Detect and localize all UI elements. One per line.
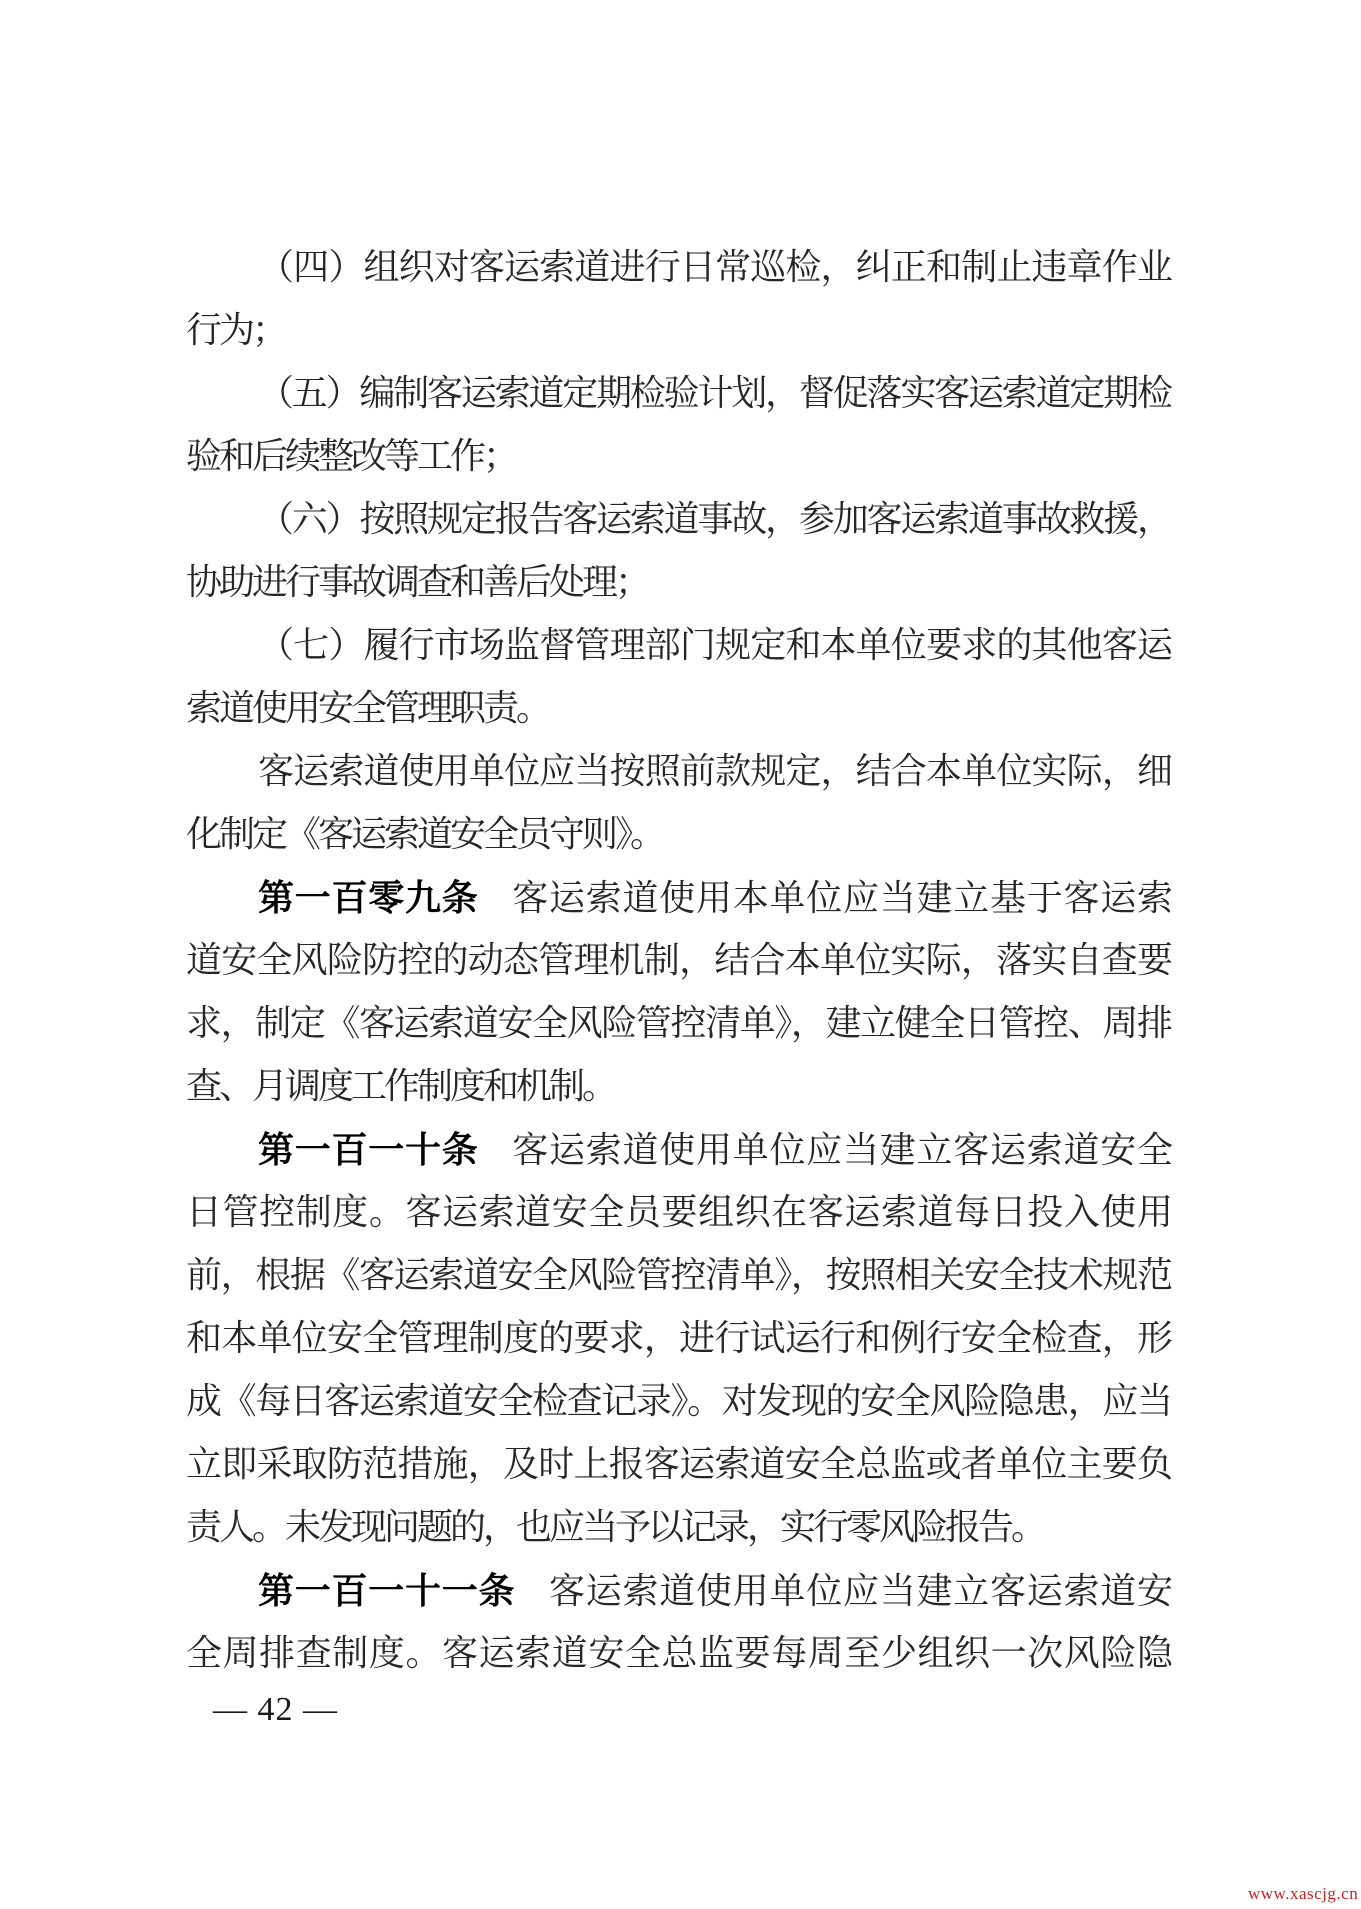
text-line: 客运索道使用单位应当按照前款规定，结合本单位实际，细 <box>186 740 1170 803</box>
text-line: 索道使用安全管理职责。 <box>186 677 1170 740</box>
watermark: www.xascjg.cn <box>1248 1884 1358 1904</box>
text-line: 责人。未发现问题的，也应当予以记录，实行零风险报告。 <box>186 1496 1170 1559</box>
article-number: 第一百一十一条 <box>258 1570 515 1611</box>
text-line: 和本单位安全管理制度的要求，进行试运行和例行安全检查，形 <box>186 1307 1170 1370</box>
article-number: 第一百一十条 <box>258 1129 479 1170</box>
document-body: （四）组织对客运索道进行日常巡检，纠正和制止违章作业行为；（五）编制客运索道定期… <box>186 236 1170 1685</box>
heading-gap <box>479 1161 509 1162</box>
text-line: 协助进行事故调查和善后处理； <box>186 551 1170 614</box>
heading-gap <box>515 1602 545 1603</box>
text-line: 查、月调度工作制度和机制。 <box>186 1055 1170 1118</box>
article-number: 第一百零九条 <box>258 877 479 918</box>
text-segment: （五）编制客运索道定期检验计划，督促落实客运索道定期检 <box>258 373 1170 413</box>
text-line: 第一百一十条客运索道使用单位应当建立客运索道安全 <box>186 1118 1170 1181</box>
text-line: 验和后续整改等工作； <box>186 425 1170 488</box>
text-segment: 客运索道使用本单位应当建立基于客运索 <box>509 878 1170 918</box>
text-line: （六）按照规定报告客运索道事故，参加客运索道事故救援， <box>186 488 1170 551</box>
text-segment: 化制定《客运索道安全员守则》。 <box>186 814 663 854</box>
text-line: 成《每日客运索道安全检查记录》。对发现的安全风险隐患，应当 <box>186 1370 1170 1433</box>
text-segment: 日管控制度。客运索道安全员要组织在客运索道每日投入使用 <box>186 1192 1170 1232</box>
text-segment: 客运索道使用单位应当建立客运索道安全 <box>509 1130 1170 1170</box>
text-segment: 验和后续整改等工作； <box>186 436 516 476</box>
text-segment: （四）组织对客运索道进行日常巡检，纠正和制止违章作业 <box>258 247 1170 287</box>
text-line: 全周排查制度。客运索道安全总监要每周至少组织一次风险隐 <box>186 1622 1170 1685</box>
text-segment: 协助进行事故调查和善后处理； <box>186 562 648 602</box>
text-segment: 责人。未发现问题的，也应当予以记录，实行零风险报告。 <box>186 1507 1044 1547</box>
text-segment: （七）履行市场监督管理部门规定和本单位要求的其他客运 <box>258 625 1170 665</box>
text-line: 道安全风险防控的动态管理机制，结合本单位实际，落实自查要 <box>186 929 1170 992</box>
text-line: 求，制定《客运索道安全风险管控清单》，建立健全日管控、周排 <box>186 992 1170 1055</box>
text-segment: 前，根据《客运索道安全风险管控清单》，按照相关安全技术规范 <box>186 1255 1170 1295</box>
heading-gap <box>479 909 509 910</box>
text-segment: 索道使用安全管理职责。 <box>186 688 549 728</box>
text-line: 第一百一十一条客运索道使用单位应当建立客运索道安 <box>186 1559 1170 1622</box>
text-line: 第一百零九条客运索道使用本单位应当建立基于客运索 <box>186 866 1170 929</box>
text-segment: 成《每日客运索道安全检查记录》。对发现的安全风险隐患，应当 <box>186 1381 1170 1421</box>
text-segment: 求，制定《客运索道安全风险管控清单》，建立健全日管控、周排 <box>186 1003 1170 1043</box>
text-line: 立即采取防范措施，及时上报客运索道安全总监或者单位主要负 <box>186 1433 1170 1496</box>
text-segment: 客运索道使用单位应当按照前款规定，结合本单位实际，细 <box>258 751 1170 791</box>
text-segment: 查、月调度工作制度和机制。 <box>186 1066 615 1106</box>
text-line: 化制定《客运索道安全员守则》。 <box>186 803 1170 866</box>
text-segment: （六）按照规定报告客运索道事故，参加客运索道事故救援， <box>258 499 1170 539</box>
text-segment: 和本单位安全管理制度的要求，进行试运行和例行安全检查，形 <box>186 1318 1170 1358</box>
text-line: 前，根据《客运索道安全风险管控清单》，按照相关安全技术规范 <box>186 1244 1170 1307</box>
text-line: （五）编制客运索道定期检验计划，督促落实客运索道定期检 <box>186 362 1170 425</box>
text-segment: 全周排查制度。客运索道安全总监要每周至少组织一次风险隐 <box>186 1633 1170 1673</box>
text-segment: 立即采取防范措施，及时上报客运索道安全总监或者单位主要负 <box>186 1444 1170 1484</box>
document-page: { "page": { "background": "#ffffff", "te… <box>0 0 1361 1909</box>
text-segment: 道安全风险防控的动态管理机制，结合本单位实际，落实自查要 <box>186 940 1170 980</box>
text-line: （七）履行市场监督管理部门规定和本单位要求的其他客运 <box>186 614 1170 677</box>
text-segment: 行为； <box>186 310 285 350</box>
page-number: — 42 — <box>213 1690 338 1730</box>
text-line: 行为； <box>186 299 1170 362</box>
text-segment: 客运索道使用单位应当建立客运索道安 <box>545 1571 1170 1611</box>
text-line: （四）组织对客运索道进行日常巡检，纠正和制止违章作业 <box>186 236 1170 299</box>
text-line: 日管控制度。客运索道安全员要组织在客运索道每日投入使用 <box>186 1181 1170 1244</box>
